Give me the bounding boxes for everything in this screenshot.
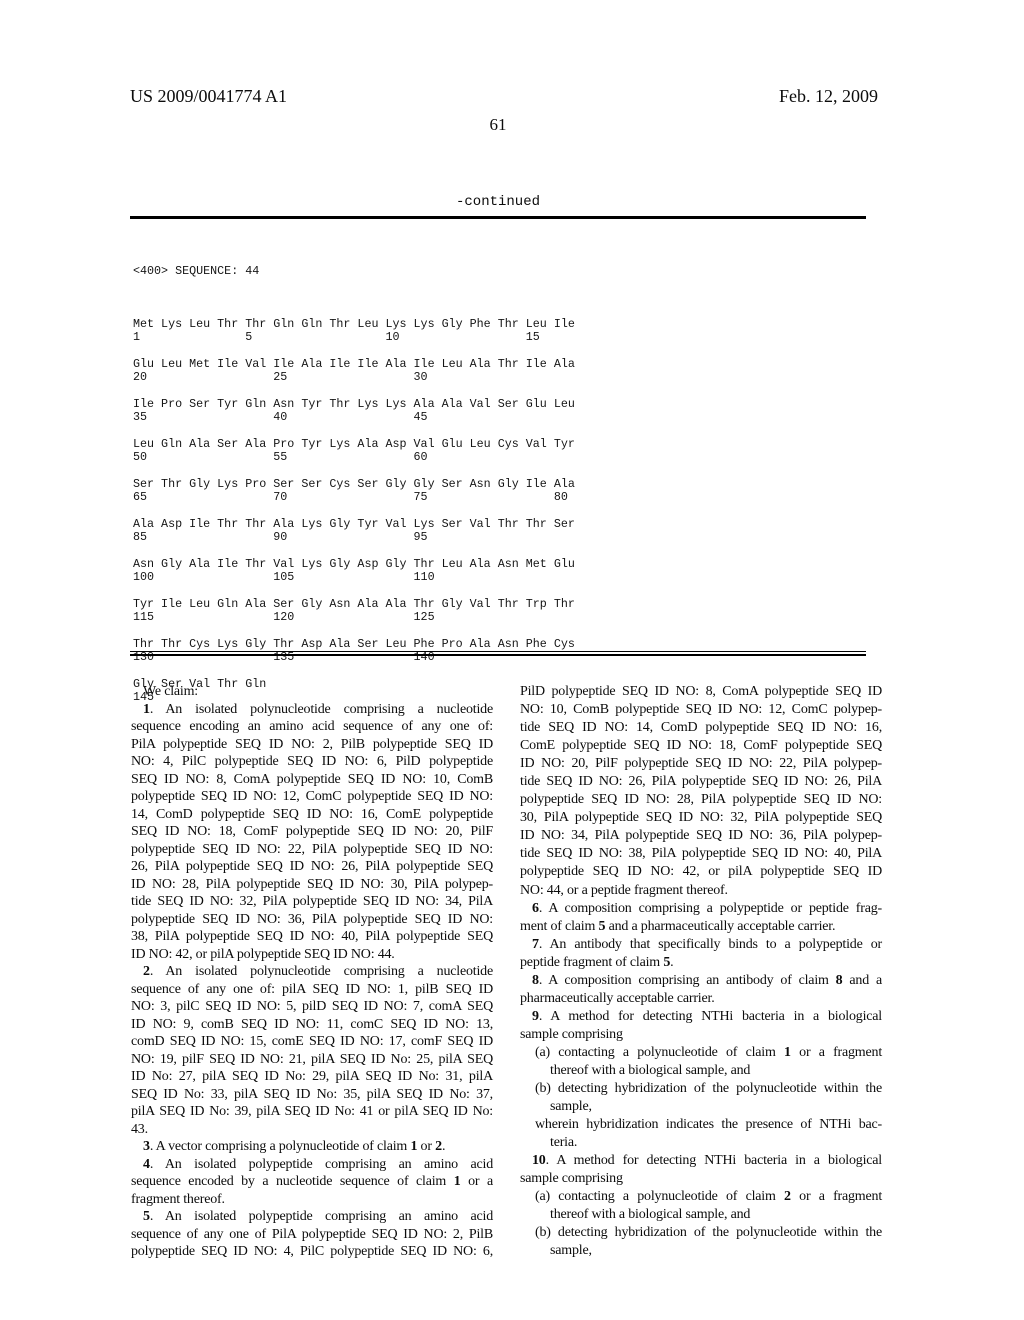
claim-line: NO: 19, pilF SEQ ID NO: 21, pilA SEQ ID … [131,1051,493,1069]
sequence-numbers-line: 35 40 45 [133,411,575,424]
claim-line: (b) detecting hybridization of the polyn… [520,1080,882,1098]
sequence-residues-line: Tyr Ile Leu Gln Ala Ser Gly Asn Ala Ala … [133,598,575,611]
sequence-block: Leu Gln Ala Ser Ala Pro Tyr Lys Ala Asp … [133,438,575,465]
claim-line: (a) contacting a polynucleotide of claim… [520,1188,882,1206]
claim-line: pilA SEQ ID No: 39, pilA SEQ ID No: 41 o… [131,1103,493,1121]
claim-line: thereof with a biological sample, and [520,1206,882,1224]
claim-line: thereof with a biological sample, and [520,1062,882,1080]
claim-line: sample comprising [520,1026,882,1044]
claim-line: SEQ ID No: 33, pilA SEQ ID No: 35, pilA … [131,1086,493,1104]
sequence-residues-line: Ile Pro Ser Tyr Gln Asn Tyr Thr Lys Lys … [133,398,575,411]
claims-left-column: We claim:1. An isolated polynucleotide c… [131,683,493,1261]
claim-line: sample, [520,1242,882,1260]
sequence-residues-line: Leu Gln Ala Ser Ala Pro Tyr Lys Ala Asp … [133,438,575,451]
claim-line: 5. An isolated polypeptide comprising an… [131,1208,493,1226]
claims-right-column: PilD polypeptide SEQ ID NO: 8, ComA poly… [520,683,882,1261]
sequence-block: Ser Thr Gly Lys Pro Ser Ser Cys Ser Gly … [133,478,575,505]
claim-line: NO: 4, PilC polypeptide SEQ ID NO: 6, Pi… [131,753,493,771]
claim-line: tide SEQ ID NO: 26, PilA polypeptide SEQ… [520,773,882,791]
sequence-residues-line: Ser Thr Gly Lys Pro Ser Ser Cys Ser Gly … [133,478,575,491]
sequence-block: Asn Gly Ala Ile Thr Val Lys Gly Asp Gly … [133,558,575,585]
claim-line: ID NO: 42, or pilA polypeptide SEQ ID NO… [131,946,493,964]
claim-line: peptide fragment of claim 5. [520,954,882,972]
claim-line: polypeptide SEQ ID NO: 4, PilC polypepti… [131,1243,493,1261]
claim-line: 4. An isolated polypeptide comprising an… [131,1156,493,1174]
claim-line: 30, PilA polypeptide SEQ ID NO: 32, PilA… [520,809,882,827]
claim-line: ID NO: 9, comB SEQ ID NO: 11, comC SEQ I… [131,1016,493,1034]
claim-line: ID NO: 20, PilF polypeptide SEQ ID NO: 2… [520,755,882,773]
claim-line: polypeptide SEQ ID NO: 36, PilA polypept… [131,911,493,929]
claim-line: polypeptide SEQ ID NO: 42, or pilA polyp… [520,863,882,881]
sequence-numbers-line: 50 55 60 [133,451,575,464]
claim-line: 8. A composition comprising an antibody … [520,972,882,990]
claim-line: fragment thereof. [131,1191,493,1209]
claim-line: ID NO: 28, PilA polypeptide SEQ ID NO: 3… [131,876,493,894]
claim-line: ment of claim 5 and a pharmaceutically a… [520,918,882,936]
claim-line: 1. An isolated polynucleotide comprising… [131,701,493,719]
claim-line: ID NO: 34, PilA polypeptide SEQ ID NO: 3… [520,827,882,845]
top-rule [130,216,866,219]
claim-line: sequence of any one of PilA polypeptide … [131,1226,493,1244]
claim-line: 3. A vector comprising a polynucleotide … [131,1138,493,1156]
continued-label: -continued [130,194,866,210]
claim-line: 9. A method for detecting NTHi bacteria … [520,1008,882,1026]
claim-line: polypeptide SEQ ID NO: 12, ComC polypept… [131,788,493,806]
sequence-block: Tyr Ile Leu Gln Ala Ser Gly Asn Ala Ala … [133,598,575,625]
claim-line: pharmaceutically acceptable carrier. [520,990,882,1008]
claim-line: 10. A method for detecting NTHi bacteria… [520,1152,882,1170]
claim-line: comD SEQ ID NO: 15, comE SEQ ID NO: 17, … [131,1033,493,1051]
page-header: US 2009/0041774 A1 Feb. 12, 2009 [130,86,878,106]
sequence-header: <400> SEQUENCE: 44 [133,265,575,278]
claim-line: polypeptide SEQ ID NO: 22, PilA polypept… [131,841,493,859]
publication-date: Feb. 12, 2009 [779,86,878,106]
claim-line: 14, ComD polypeptide SEQ ID NO: 16, ComE… [131,806,493,824]
claim-line: tide SEQ ID NO: 38, PilA polypeptide SEQ… [520,845,882,863]
sequence-residues-line: Thr Thr Cys Lys Gly Thr Asp Ala Ser Leu … [133,638,575,651]
claim-line: NO: 3, pilC SEQ ID NO: 5, pilD SEQ ID NO… [131,998,493,1016]
sequence-residues-line: Met Lys Leu Thr Thr Gln Gln Thr Leu Lys … [133,318,575,331]
patent-page: US 2009/0041774 A1 Feb. 12, 2009 61 -con… [0,0,1024,1320]
claim-line: 2. An isolated polynucleotide comprising… [131,963,493,981]
sequence-blocks: Met Lys Leu Thr Thr Gln Gln Thr Leu Lys … [133,318,575,704]
sequence-numbers-line: 65 70 75 80 [133,491,575,504]
claims-section: We claim:1. An isolated polynucleotide c… [131,683,882,1261]
bottom-rule [130,651,866,656]
claim-line: sample, [520,1098,882,1116]
claim-line: sample comprising [520,1170,882,1188]
sequence-numbers-line: 85 90 95 [133,531,575,544]
claim-line: sequence encoding an amino acid sequence… [131,718,493,736]
claim-line: NO: 44, or a peptide fragment thereof. [520,882,882,900]
claim-line: polypeptide SEQ ID NO: 28, PilA polypept… [520,791,882,809]
sequence-listing: <400> SEQUENCE: 44 Met Lys Leu Thr Thr G… [133,238,575,744]
claim-line: SEQ ID NO: 18, ComF polypeptide SEQ ID N… [131,823,493,841]
sequence-numbers-line: 100 105 110 [133,571,575,584]
claim-line: 26, PilA polypeptide SEQ ID NO: 26, PilA… [131,858,493,876]
claim-line: 7. An antibody that specifically binds t… [520,936,882,954]
claim-line: PilD polypeptide SEQ ID NO: 8, ComA poly… [520,683,882,701]
sequence-residues-line: Asn Gly Ala Ile Thr Val Lys Gly Asp Gly … [133,558,575,571]
claim-line: (a) contacting a polynucleotide of claim… [520,1044,882,1062]
bottom-rule-thin-line [130,651,866,652]
sequence-numbers-line: 20 25 30 [133,371,575,384]
sequence-block: Glu Leu Met Ile Val Ile Ala Ile Ile Ala … [133,358,575,385]
sequence-numbers-line: 1 5 10 15 [133,331,575,344]
sequence-residues-line: Glu Leu Met Ile Val Ile Ala Ile Ile Ala … [133,358,575,371]
claim-line: sequence encoded by a nucleotide sequenc… [131,1173,493,1191]
sequence-block: Met Lys Leu Thr Thr Gln Gln Thr Leu Lys … [133,318,575,345]
claim-line: 38, PilA polypeptide SEQ ID NO: 40, PilA… [131,928,493,946]
bottom-rule-thick-line [130,654,866,656]
claim-line: wherein hybridization indicates the pres… [520,1116,882,1134]
claim-line: PilA polypeptide SEQ ID NO: 2, PilB poly… [131,736,493,754]
claim-line: ID No: 27, pilA SEQ ID No: 29, pilA SEQ … [131,1068,493,1086]
claim-line: teria. [520,1134,882,1152]
claim-line: sequence of any one of: pilA SEQ ID NO: … [131,981,493,999]
claim-line: We claim: [131,683,493,701]
claim-line: ComE polypeptide SEQ ID NO: 18, ComF pol… [520,737,882,755]
claim-line: NO: 10, ComB polypeptide SEQ ID NO: 12, … [520,701,882,719]
claim-line: 43. [131,1121,493,1139]
page-number: 61 [130,115,866,135]
claim-line: tide SEQ ID NO: 32, PilA polypeptide SEQ… [131,893,493,911]
sequence-block: Ile Pro Ser Tyr Gln Asn Tyr Thr Lys Lys … [133,398,575,425]
sequence-residues-line: Ala Asp Ile Thr Thr Ala Lys Gly Tyr Val … [133,518,575,531]
claim-line: (b) detecting hybridization of the polyn… [520,1224,882,1242]
sequence-block: Ala Asp Ile Thr Thr Ala Lys Gly Tyr Val … [133,518,575,545]
publication-number: US 2009/0041774 A1 [130,86,287,106]
claim-line: tide SEQ ID NO: 14, ComD polypeptide SEQ… [520,719,882,737]
sequence-numbers-line: 115 120 125 [133,611,575,624]
claim-line: SEQ ID NO: 8, ComA polypeptide SEQ ID NO… [131,771,493,789]
claim-line: 6. A composition comprising a polypeptid… [520,900,882,918]
